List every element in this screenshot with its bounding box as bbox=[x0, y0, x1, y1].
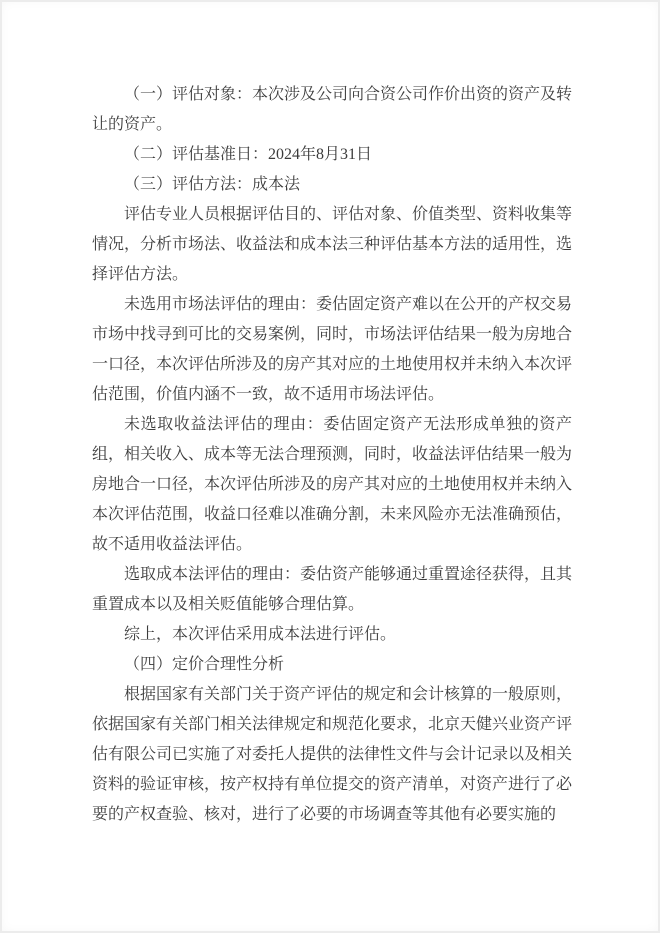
document-page: （一）评估对象：本次涉及公司向合资公司作价出资的资产及转让的资产。 （二）评估基… bbox=[0, 0, 660, 933]
paragraph-income-approach-rejection: 未选取收益法评估的理由：委估固定资产无法形成单独的资产组，相关收入、成本等无法合… bbox=[92, 410, 572, 560]
paragraph-method-selection-overview: 评估专业人员根据评估目的、评估对象、价值类型、资料收集等情况，分析市场法、收益法… bbox=[92, 200, 572, 290]
paragraph-pricing-reasonableness-heading: （四）定价合理性分析 bbox=[92, 650, 572, 680]
paragraph-valuation-base-date: （二）评估基准日：2024年8月31日 bbox=[92, 140, 572, 170]
paragraph-method-conclusion: 综上，本次评估采用成本法进行评估。 bbox=[92, 620, 572, 650]
document-text-block: （一）评估对象：本次涉及公司向合资公司作价出资的资产及转让的资产。 （二）评估基… bbox=[92, 80, 572, 830]
paragraph-evaluation-object: （一）评估对象：本次涉及公司向合资公司作价出资的资产及转让的资产。 bbox=[92, 80, 572, 140]
paragraph-valuation-method: （三）评估方法：成本法 bbox=[92, 170, 572, 200]
paragraph-cost-approach-selection: 选取成本法评估的理由：委估资产能够通过重置途径获得，且其重置成本以及相关贬值能够… bbox=[92, 560, 572, 620]
paragraph-market-approach-rejection: 未选用市场法评估的理由：委估固定资产难以在公开的产权交易市场中找寻到可比的交易案… bbox=[92, 290, 572, 410]
paragraph-pricing-reasonableness-body: 根据国家有关部门关于资产评估的规定和会计核算的一般原则，依据国家有关部门相关法律… bbox=[92, 680, 572, 830]
